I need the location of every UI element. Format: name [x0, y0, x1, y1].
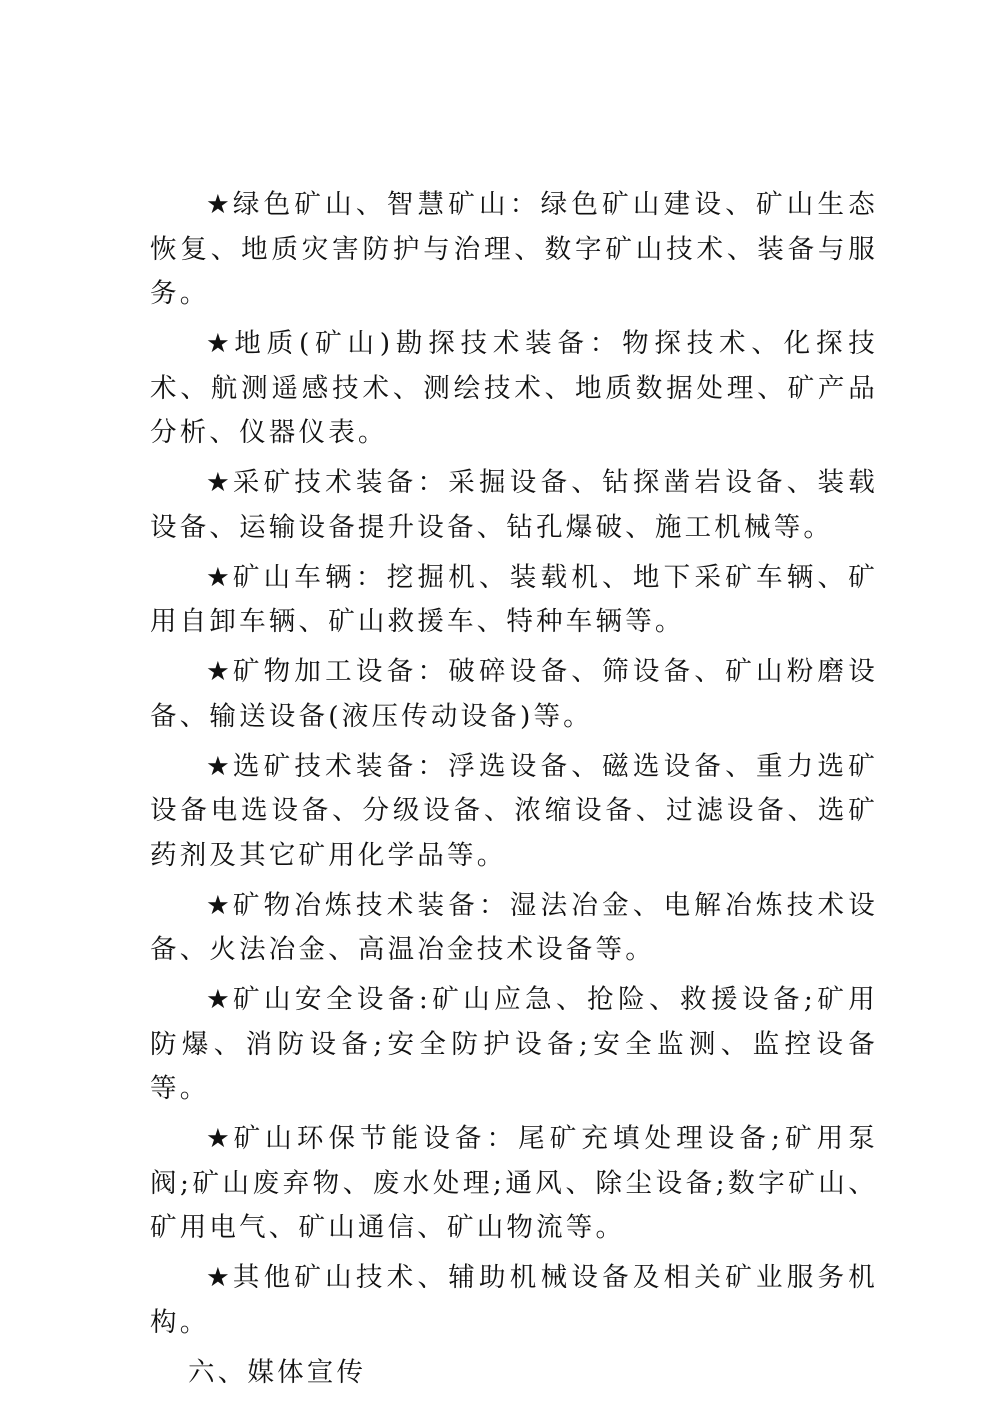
star-icon: ★ [206, 189, 231, 220]
item-mine-safety: ★矿山安全设备:矿山应急、抢险、救援设备;矿用防爆、消防设备;安全防护设备;安全… [150, 978, 878, 1112]
item-title: 矿山环保节能设备： [234, 1123, 518, 1154]
star-icon: ★ [206, 1262, 231, 1293]
star-icon: ★ [206, 751, 231, 782]
item-other: ★其他矿山技术、辅助机械设备及相关矿业服务机构。 [150, 1256, 878, 1345]
document-page: ★绿色矿山、智慧矿山：绿色矿山建设、矿山生态恢复、地质灾害防护与治理、数字矿山技… [150, 183, 878, 1395]
star-icon: ★ [206, 328, 232, 359]
item-title: 矿物加工设备： [233, 656, 448, 687]
item-title: 矿山车辆： [233, 562, 387, 593]
item-title: 选矿技术装备： [233, 751, 448, 782]
item-title: 地质(矿山)勘探技术装备： [234, 328, 622, 359]
item-title: 矿山安全设备: [233, 984, 431, 1015]
item-environmental-energy: ★矿山环保节能设备：尾矿充填处理设备;矿用泵阀;矿山废弃物、废水处理;通风、除尘… [150, 1117, 878, 1251]
item-smelting: ★矿物冶炼技术装备：湿法冶金、电解冶炼技术设备、火法冶金、高温冶金技术设备等。 [150, 884, 878, 973]
item-mining-equipment: ★采矿技术装备：采掘设备、钻探凿岩设备、装载设备、运输设备提升设备、钻孔爆破、施… [150, 461, 878, 550]
item-title: 其他矿山技术、辅助机械设备及相关矿业服务机构。 [150, 1262, 878, 1338]
item-title: 绿色矿山、智慧矿山： [233, 189, 541, 220]
item-geological-exploration: ★地质(矿山)勘探技术装备：物探技术、化探技术、航测遥感技术、测绘技术、地质数据… [150, 322, 878, 456]
item-mining-vehicles: ★矿山车辆：挖掘机、装载机、地下采矿车辆、矿用自卸车辆、矿山救援车、特种车辆等。 [150, 556, 878, 645]
star-icon: ★ [206, 562, 231, 593]
star-icon: ★ [206, 890, 231, 921]
star-icon: ★ [206, 656, 231, 687]
item-green-mines: ★绿色矿山、智慧矿山：绿色矿山建设、矿山生态恢复、地质灾害防护与治理、数字矿山技… [150, 183, 878, 317]
item-mineral-processing: ★矿物加工设备：破碎设备、筛设备、矿山粉磨设备、输送设备(液压传动设备)等。 [150, 650, 878, 739]
item-beneficiation: ★选矿技术装备：浮选设备、磁选设备、重力选矿设备电选设备、分级设备、浓缩设备、过… [150, 745, 878, 879]
item-title: 采矿技术装备： [233, 467, 448, 498]
star-icon: ★ [206, 984, 231, 1015]
star-icon: ★ [206, 1123, 232, 1154]
item-title: 矿物冶炼技术装备： [233, 890, 510, 921]
star-icon: ★ [206, 467, 231, 498]
section-heading: 六、媒体宣传 [150, 1351, 878, 1396]
